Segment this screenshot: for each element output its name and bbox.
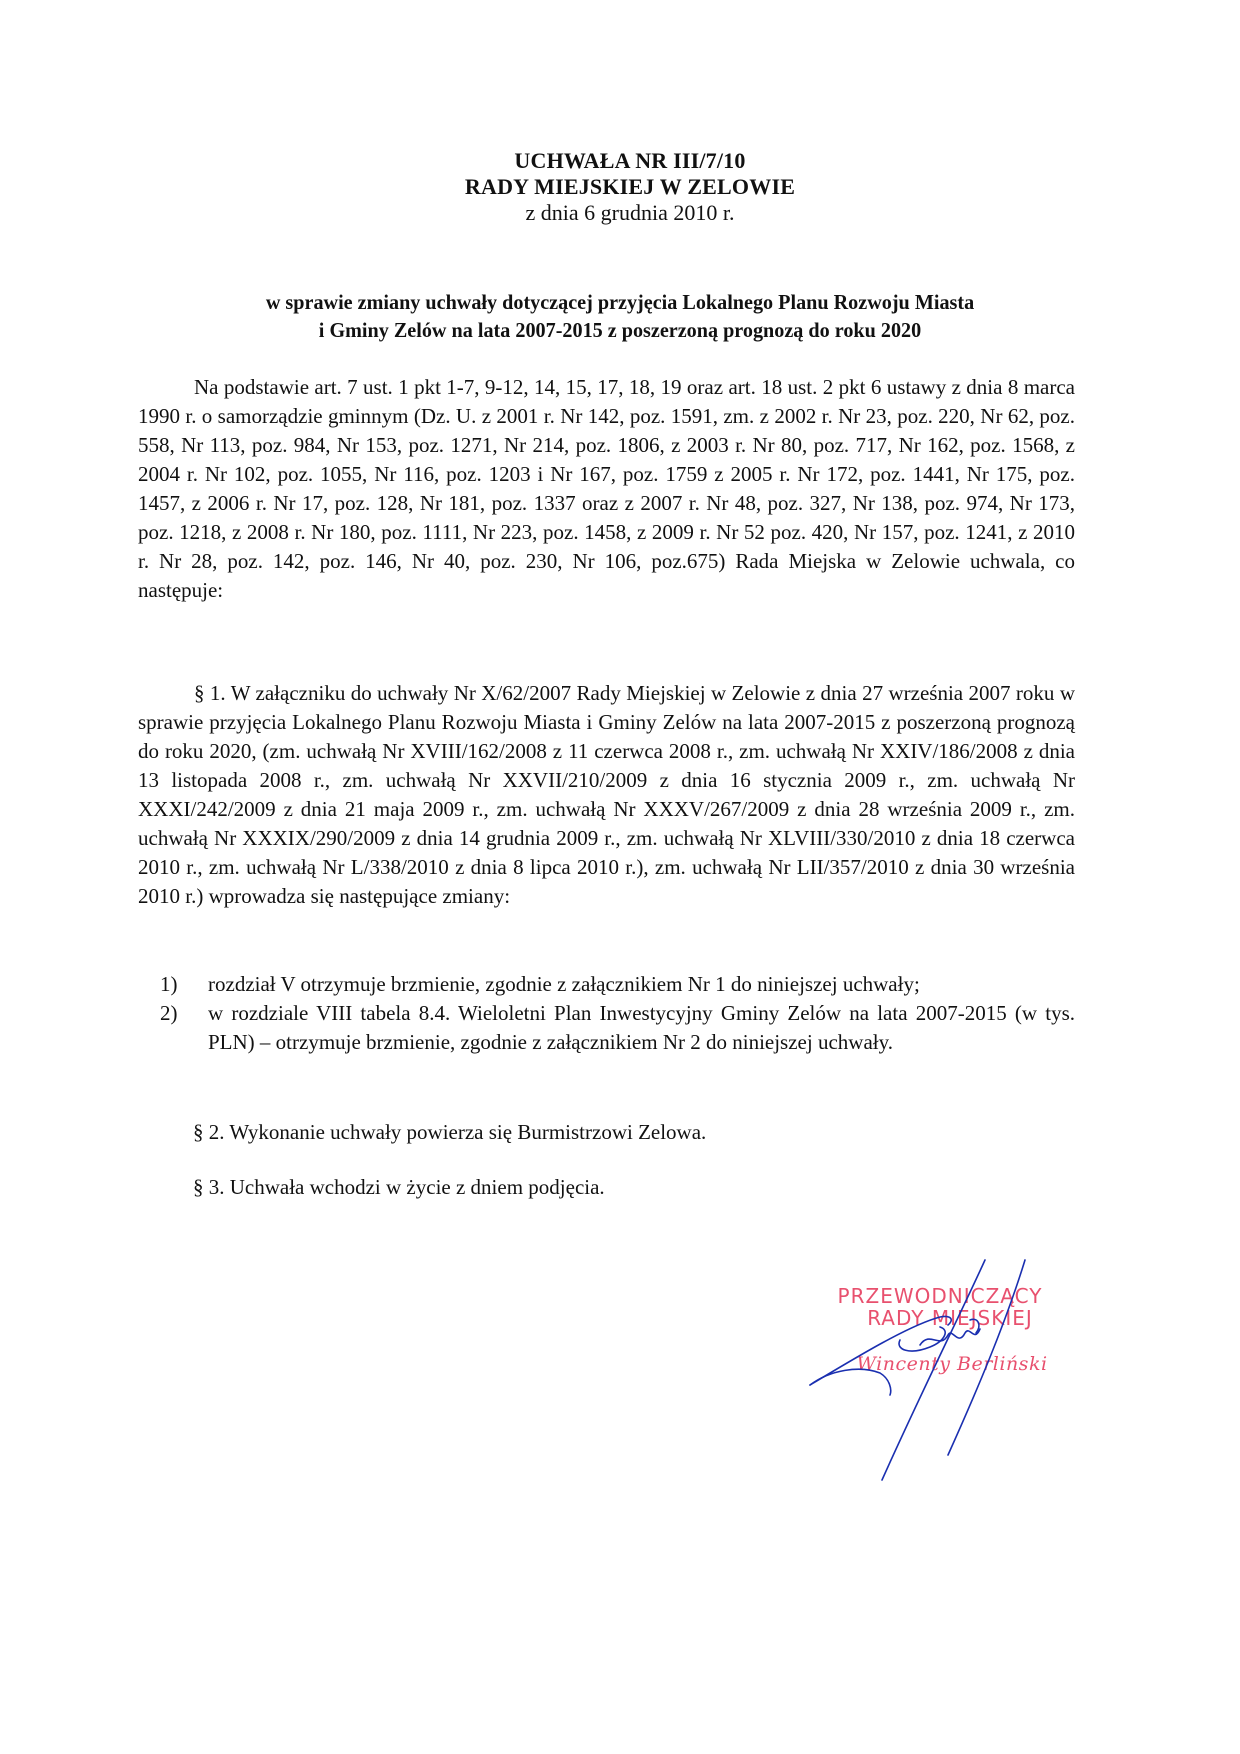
- list-item-text: rozdział V otrzymuje brzmienie, zgodnie …: [208, 972, 920, 996]
- list-item-number: 1): [160, 970, 178, 999]
- subject-line-2: i Gminy Zelów na lata 2007-2015 z poszer…: [140, 316, 1100, 344]
- list-item: 1) rozdział V otrzymuje brzmienie, zgodn…: [138, 970, 1075, 999]
- document-page: UCHWAŁA NR III/7/10 RADY MIEJSKIEJ W ZEL…: [0, 0, 1240, 1754]
- resolution-title: UCHWAŁA NR III/7/10: [0, 148, 1240, 174]
- legal-basis-preamble: Na podstawie art. 7 ust. 1 pkt 1-7, 9-12…: [138, 373, 1075, 605]
- list-item-text: w rozdziale VIII tabela 8.4. Wieloletni …: [208, 1001, 1075, 1054]
- subject-line-1: w sprawie zmiany uchwały dotyczącej przy…: [140, 288, 1100, 316]
- resolution-subject: w sprawie zmiany uchwały dotyczącej przy…: [140, 288, 1100, 344]
- resolution-header: UCHWAŁA NR III/7/10 RADY MIEJSKIEJ W ZEL…: [0, 148, 1240, 226]
- handwritten-signature: [800, 1255, 1120, 1485]
- list-item: 2) w rozdziale VIII tabela 8.4. Wielolet…: [138, 999, 1075, 1057]
- list-item-number: 2): [160, 999, 178, 1028]
- paragraph-2: § 2. Wykonanie uchwały powierza się Burm…: [193, 1118, 706, 1147]
- paragraph-3: § 3. Uchwała wchodzi w życie z dniem pod…: [193, 1173, 605, 1202]
- resolution-issuer: RADY MIEJSKIEJ W ZELOWIE: [0, 174, 1240, 200]
- resolution-date: z dnia 6 grudnia 2010 r.: [0, 200, 1240, 226]
- changes-list: 1) rozdział V otrzymuje brzmienie, zgodn…: [138, 970, 1075, 1057]
- paragraph-1: § 1. W załączniku do uchwały Nr X/62/200…: [138, 679, 1075, 911]
